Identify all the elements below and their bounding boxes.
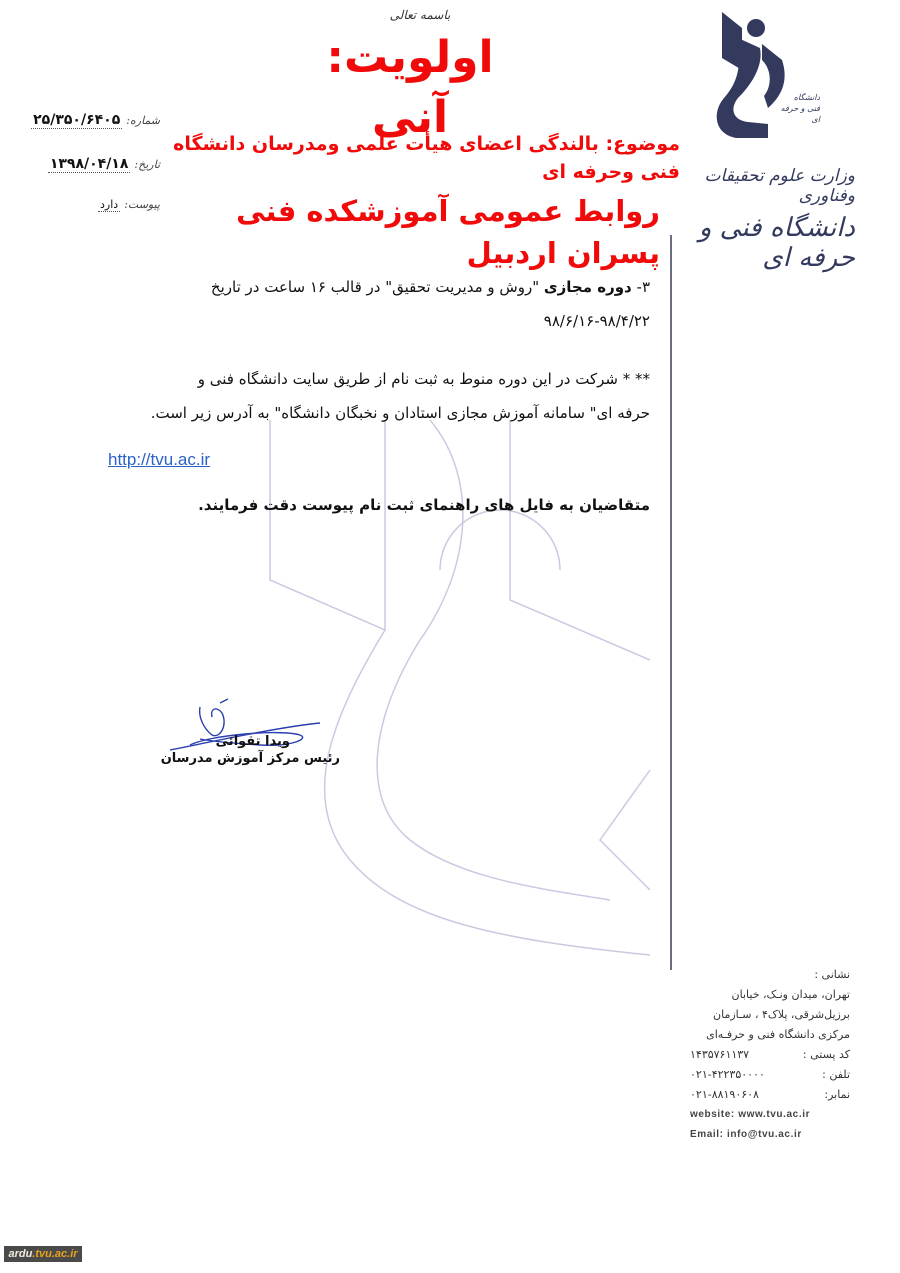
address-label: نشانی : xyxy=(690,965,850,985)
phone-row: تلفن : ۰۲۱-۴۲۲۳۵۰۰۰۰ xyxy=(690,1065,850,1085)
university-logo-icon xyxy=(708,8,808,148)
email-text: Email: info@tvu.ac.ir xyxy=(690,1125,850,1145)
ministry-name: وزارت علوم تحقیقات وفناوری xyxy=(660,166,855,206)
attachment-field: دارد پیوست: xyxy=(30,198,160,212)
course-description: "روش و مدیریت تحقیق" در قالب ۱۶ ساعت در … xyxy=(211,278,544,296)
postal-label: کد پستی : xyxy=(803,1045,850,1065)
note-line-1: ** * شرکت در این دوره منوط به ثبت نام از… xyxy=(105,364,650,394)
phone-value: ۰۲۱-۴۲۲۳۵۰۰۰۰ xyxy=(690,1065,765,1085)
signatory-name: ویدا تقوائی xyxy=(170,734,290,749)
attachment-value: دارد xyxy=(98,198,120,212)
course-type: دوره مجازی xyxy=(544,278,632,296)
course-dates: ۹۸/۶/۱۶-۹۸/۴/۲۲ xyxy=(380,306,650,336)
signatory-title: رئیس مرکز آموزش مدرسان xyxy=(150,751,340,766)
postal-value: ۱۴۳۵۷۶۱۱۳۷ xyxy=(690,1045,749,1065)
item-number: ۳- xyxy=(632,278,650,296)
logo-caption-line1: دانشگاه xyxy=(780,92,820,103)
attachment-label: پیوست: xyxy=(124,198,160,211)
address-line-1: تهران، میدان ونـک، خیابان xyxy=(690,985,850,1005)
postal-code-row: کد پستی : ۱۴۳۵۷۶۱۱۳۷ xyxy=(690,1045,850,1065)
fax-row: نمابر: ۰۲۱-۸۸۱۹۰۶۰۸ xyxy=(690,1085,850,1105)
logo-caption-line2: فنی و حرفه ای xyxy=(780,103,820,125)
site-badge[interactable]: ardu.tvu.ac.ir xyxy=(4,1246,82,1262)
publisher-title: روابط عمومی آموزشکده فنی پسران اردبیل xyxy=(160,190,660,274)
site-badge-part1: ardu xyxy=(8,1248,32,1260)
tvu-website-link[interactable]: http://tvu.ac.ir xyxy=(108,450,210,470)
course-item-3: ۳- دوره مجازی "روش و مدیریت تحقیق" در قا… xyxy=(105,272,650,302)
date-value: ۱۳۹۸/۰۴/۱۸ xyxy=(48,156,131,173)
logo-caption: دانشگاه فنی و حرفه ای xyxy=(780,92,820,125)
address-line-2: برزیل‌شرقی، پلاک۴ ، سـازمان xyxy=(690,1005,850,1025)
number-field: ۲۵/۳۵۰/۶۴۰۵ شماره: xyxy=(30,112,160,129)
address-block: نشانی : تهران، میدان ونـک، خیابان برزیل‌… xyxy=(690,965,850,1145)
website-text: website: www.tvu.ac.ir xyxy=(690,1105,850,1125)
fax-label: نمابر: xyxy=(824,1085,850,1105)
phone-label: تلفن : xyxy=(822,1065,850,1085)
date-field: ۱۳۹۸/۰۴/۱۸ تاریخ: xyxy=(30,156,160,173)
closing-note: متقاضیان به فایل های راهنمای ثبت نام پیو… xyxy=(150,496,650,514)
site-badge-part2: .tvu.ac.ir xyxy=(32,1248,77,1260)
letterhead-divider xyxy=(670,235,672,970)
number-label: شماره: xyxy=(126,114,160,127)
subject-line: موضوع: بالندگی اعضای هیأت علمی ومدرسان د… xyxy=(150,130,680,186)
fax-value: ۰۲۱-۸۸۱۹۰۶۰۸ xyxy=(690,1085,759,1105)
university-name: دانشگاه فنی و حرفه ای xyxy=(660,213,855,273)
number-value: ۲۵/۳۵۰/۶۴۰۵ xyxy=(31,112,122,129)
address-line-3: مرکزی دانشگاه فنی و حرفـه‌ای xyxy=(690,1025,850,1045)
note-line-2: حرفه ای" سامانه آموزش مجازی استادان و نخ… xyxy=(105,398,650,428)
invocation: باسمه تعالی xyxy=(380,8,460,22)
